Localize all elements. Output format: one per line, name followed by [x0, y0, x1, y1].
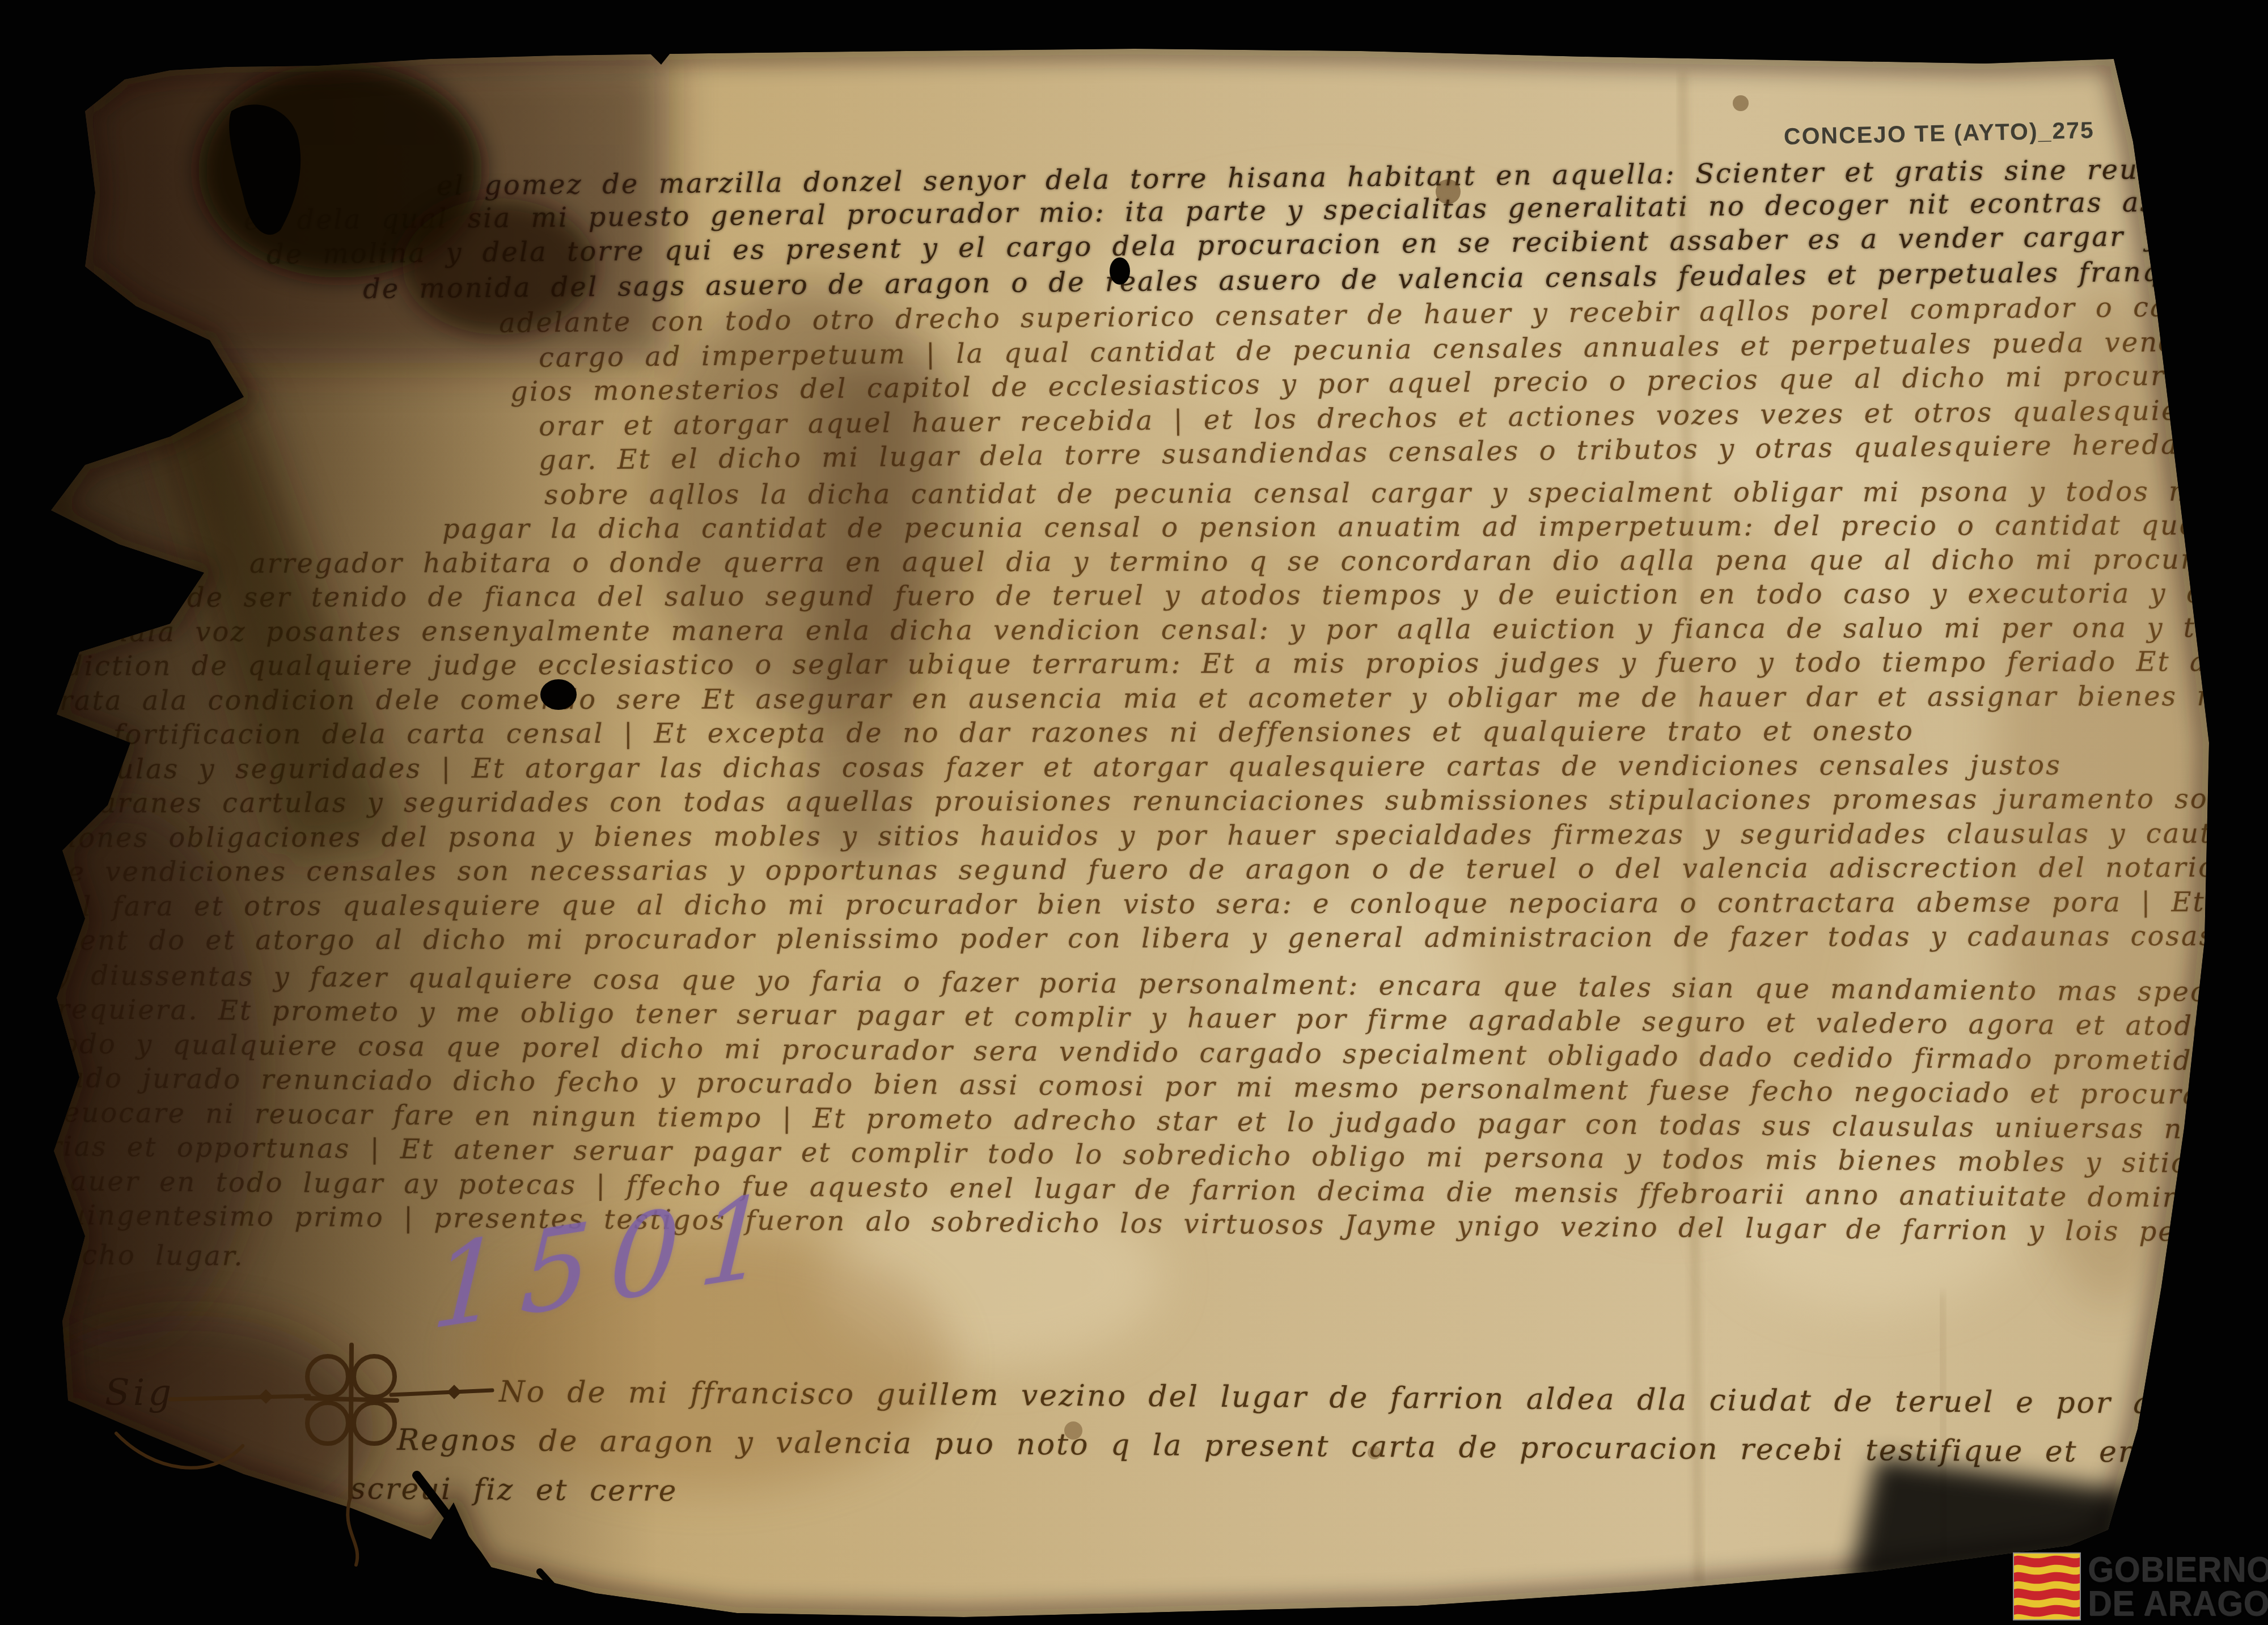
stain-group [0, 45, 2223, 1617]
hole [1110, 257, 1130, 285]
ink-spot [1436, 179, 1461, 204]
gobierno-aragon-logo: GOBIERNO DE ARAGON [2013, 1552, 2268, 1620]
ink-spot [1064, 1421, 1082, 1440]
burn-stain [403, 198, 595, 335]
ink-spot [1733, 95, 1749, 111]
parchment-overlay [0, 0, 2268, 1625]
logo-text-line1: GOBIERNO [2088, 1552, 2268, 1586]
hole [540, 679, 577, 710]
center-stain [646, 283, 975, 714]
ink-spot [1368, 1446, 1381, 1459]
photo-canvas: el gomez de marzilla donzel senyor dela … [0, 0, 2268, 1625]
aragon-flag-icon [2013, 1552, 2081, 1620]
logo-text-line2: DE ARAGON [2088, 1586, 2268, 1620]
